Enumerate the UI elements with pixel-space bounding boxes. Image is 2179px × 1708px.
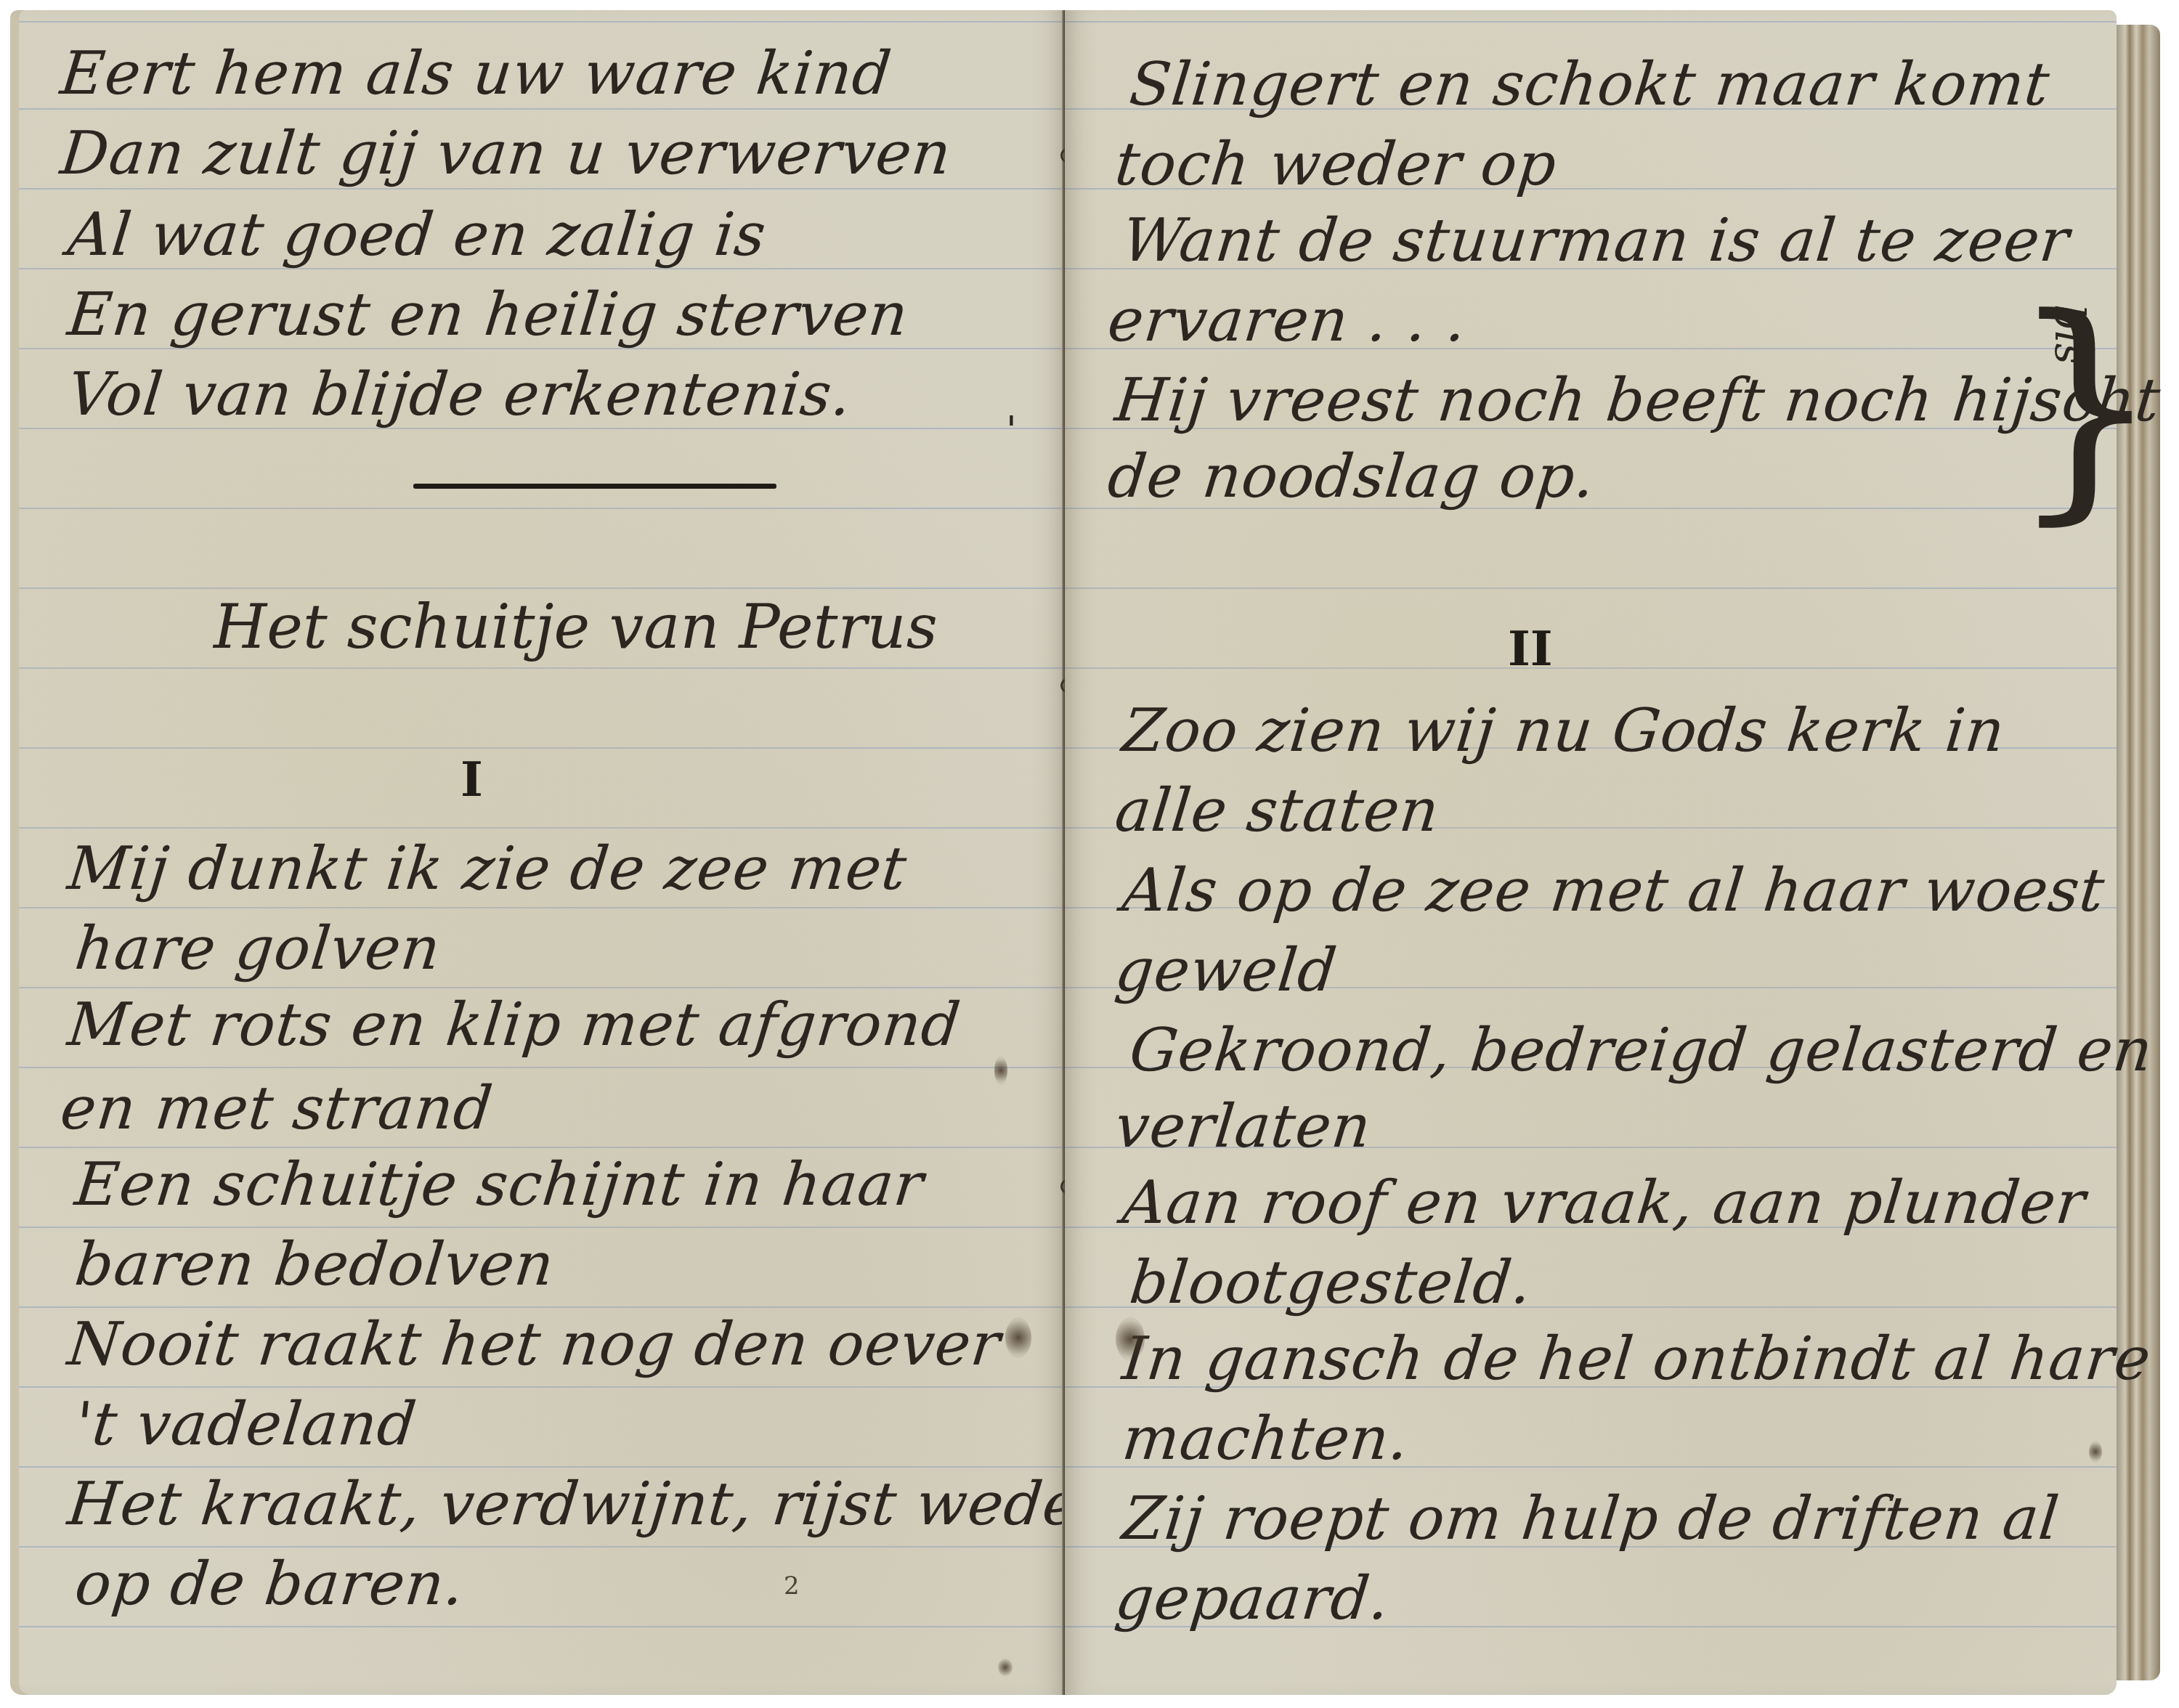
margin-note-bis: bis [2045, 304, 2093, 365]
poem-line: In gansch de hel ontbindt al hare [1119, 1325, 2154, 1394]
poem-line: Zoo zien wij nu Gods kerk in [1119, 696, 2008, 765]
pencil-mark: ˌ [1005, 381, 1018, 431]
ink-blot [994, 1056, 1007, 1085]
poem-line: Vol van blijde erkentenis. [65, 360, 855, 429]
ink-blot [1116, 1317, 1145, 1361]
poem-line: Als op de zee met al haar woest [1119, 856, 2108, 925]
right-page: Slingert en schokt maar komt toch weder … [1065, 10, 2117, 1695]
poem-line: Al wat goed en zalig is [65, 200, 769, 269]
poem-line: Met rots en klip met afgrond [65, 991, 964, 1060]
poem-line: op de baren. [72, 1550, 468, 1619]
left-page: Eert hem als uw ware kind Dan zult gij v… [10, 10, 1065, 1695]
poem-line: machten. [1119, 1404, 1413, 1473]
ink-blot [998, 1659, 1013, 1676]
section-number-II: II [1508, 620, 1553, 677]
notebook-spread: Eert hem als uw ware kind Dan zult gij v… [10, 10, 2160, 1695]
poem-line: verlaten [1112, 1092, 1374, 1161]
poem-line: ervaren . . . [1105, 286, 1470, 355]
ink-blot [1005, 1317, 1031, 1358]
poem-line: Aan roof en vraak, aan plunder [1119, 1168, 2089, 1237]
section-divider-rule [413, 484, 776, 489]
poem-line: Eert hem als uw ware kind [57, 39, 895, 108]
poem-line: Gekroond, bedreigd gelasterd en [1127, 1016, 2156, 1085]
poem-line: blootgesteld. [1127, 1248, 1535, 1317]
poem-line: Het kraakt, verdwijnt, rijst weder [65, 1470, 1112, 1539]
poem-line: toch weder op [1112, 130, 1560, 199]
poem-line: 't vadeland [72, 1390, 420, 1459]
poem-line: geweld [1112, 936, 1340, 1005]
poem-line: alle staten [1112, 776, 1442, 845]
poem-line: baren bedolven [72, 1230, 558, 1299]
poem-line: Want de stuurman is al te zeer [1119, 206, 2073, 275]
poem-line: hare golven [72, 914, 444, 983]
poem-line: gepaard. [1112, 1564, 1393, 1633]
poem-line: Slingert en schokt maar komt [1127, 50, 2053, 119]
page-number-mark: 2 [784, 1571, 800, 1601]
poem-line: Mij dunkt ik zie de zee met [65, 834, 910, 903]
ink-blot [2089, 1441, 2102, 1463]
poem-line: En gerust en heilig sterven [65, 280, 912, 349]
poem-line: Dan zult gij van u verwerven [57, 119, 955, 188]
section-number-I: I [460, 751, 483, 808]
poem-line: en met strand [57, 1074, 496, 1143]
poem-title: Het schuitje van Petrus [214, 591, 938, 662]
poem-line: de noodslag op. [1105, 442, 1599, 511]
poem-line: Hij vreest noch beeft noch hijscht [1112, 366, 2164, 435]
poem-line: Zij roept om hulp de driften al [1119, 1484, 2063, 1553]
poem-line: Nooit raakt het nog den oever [65, 1310, 1004, 1379]
poem-line: Een schuitje schijnt in haar [72, 1150, 927, 1219]
